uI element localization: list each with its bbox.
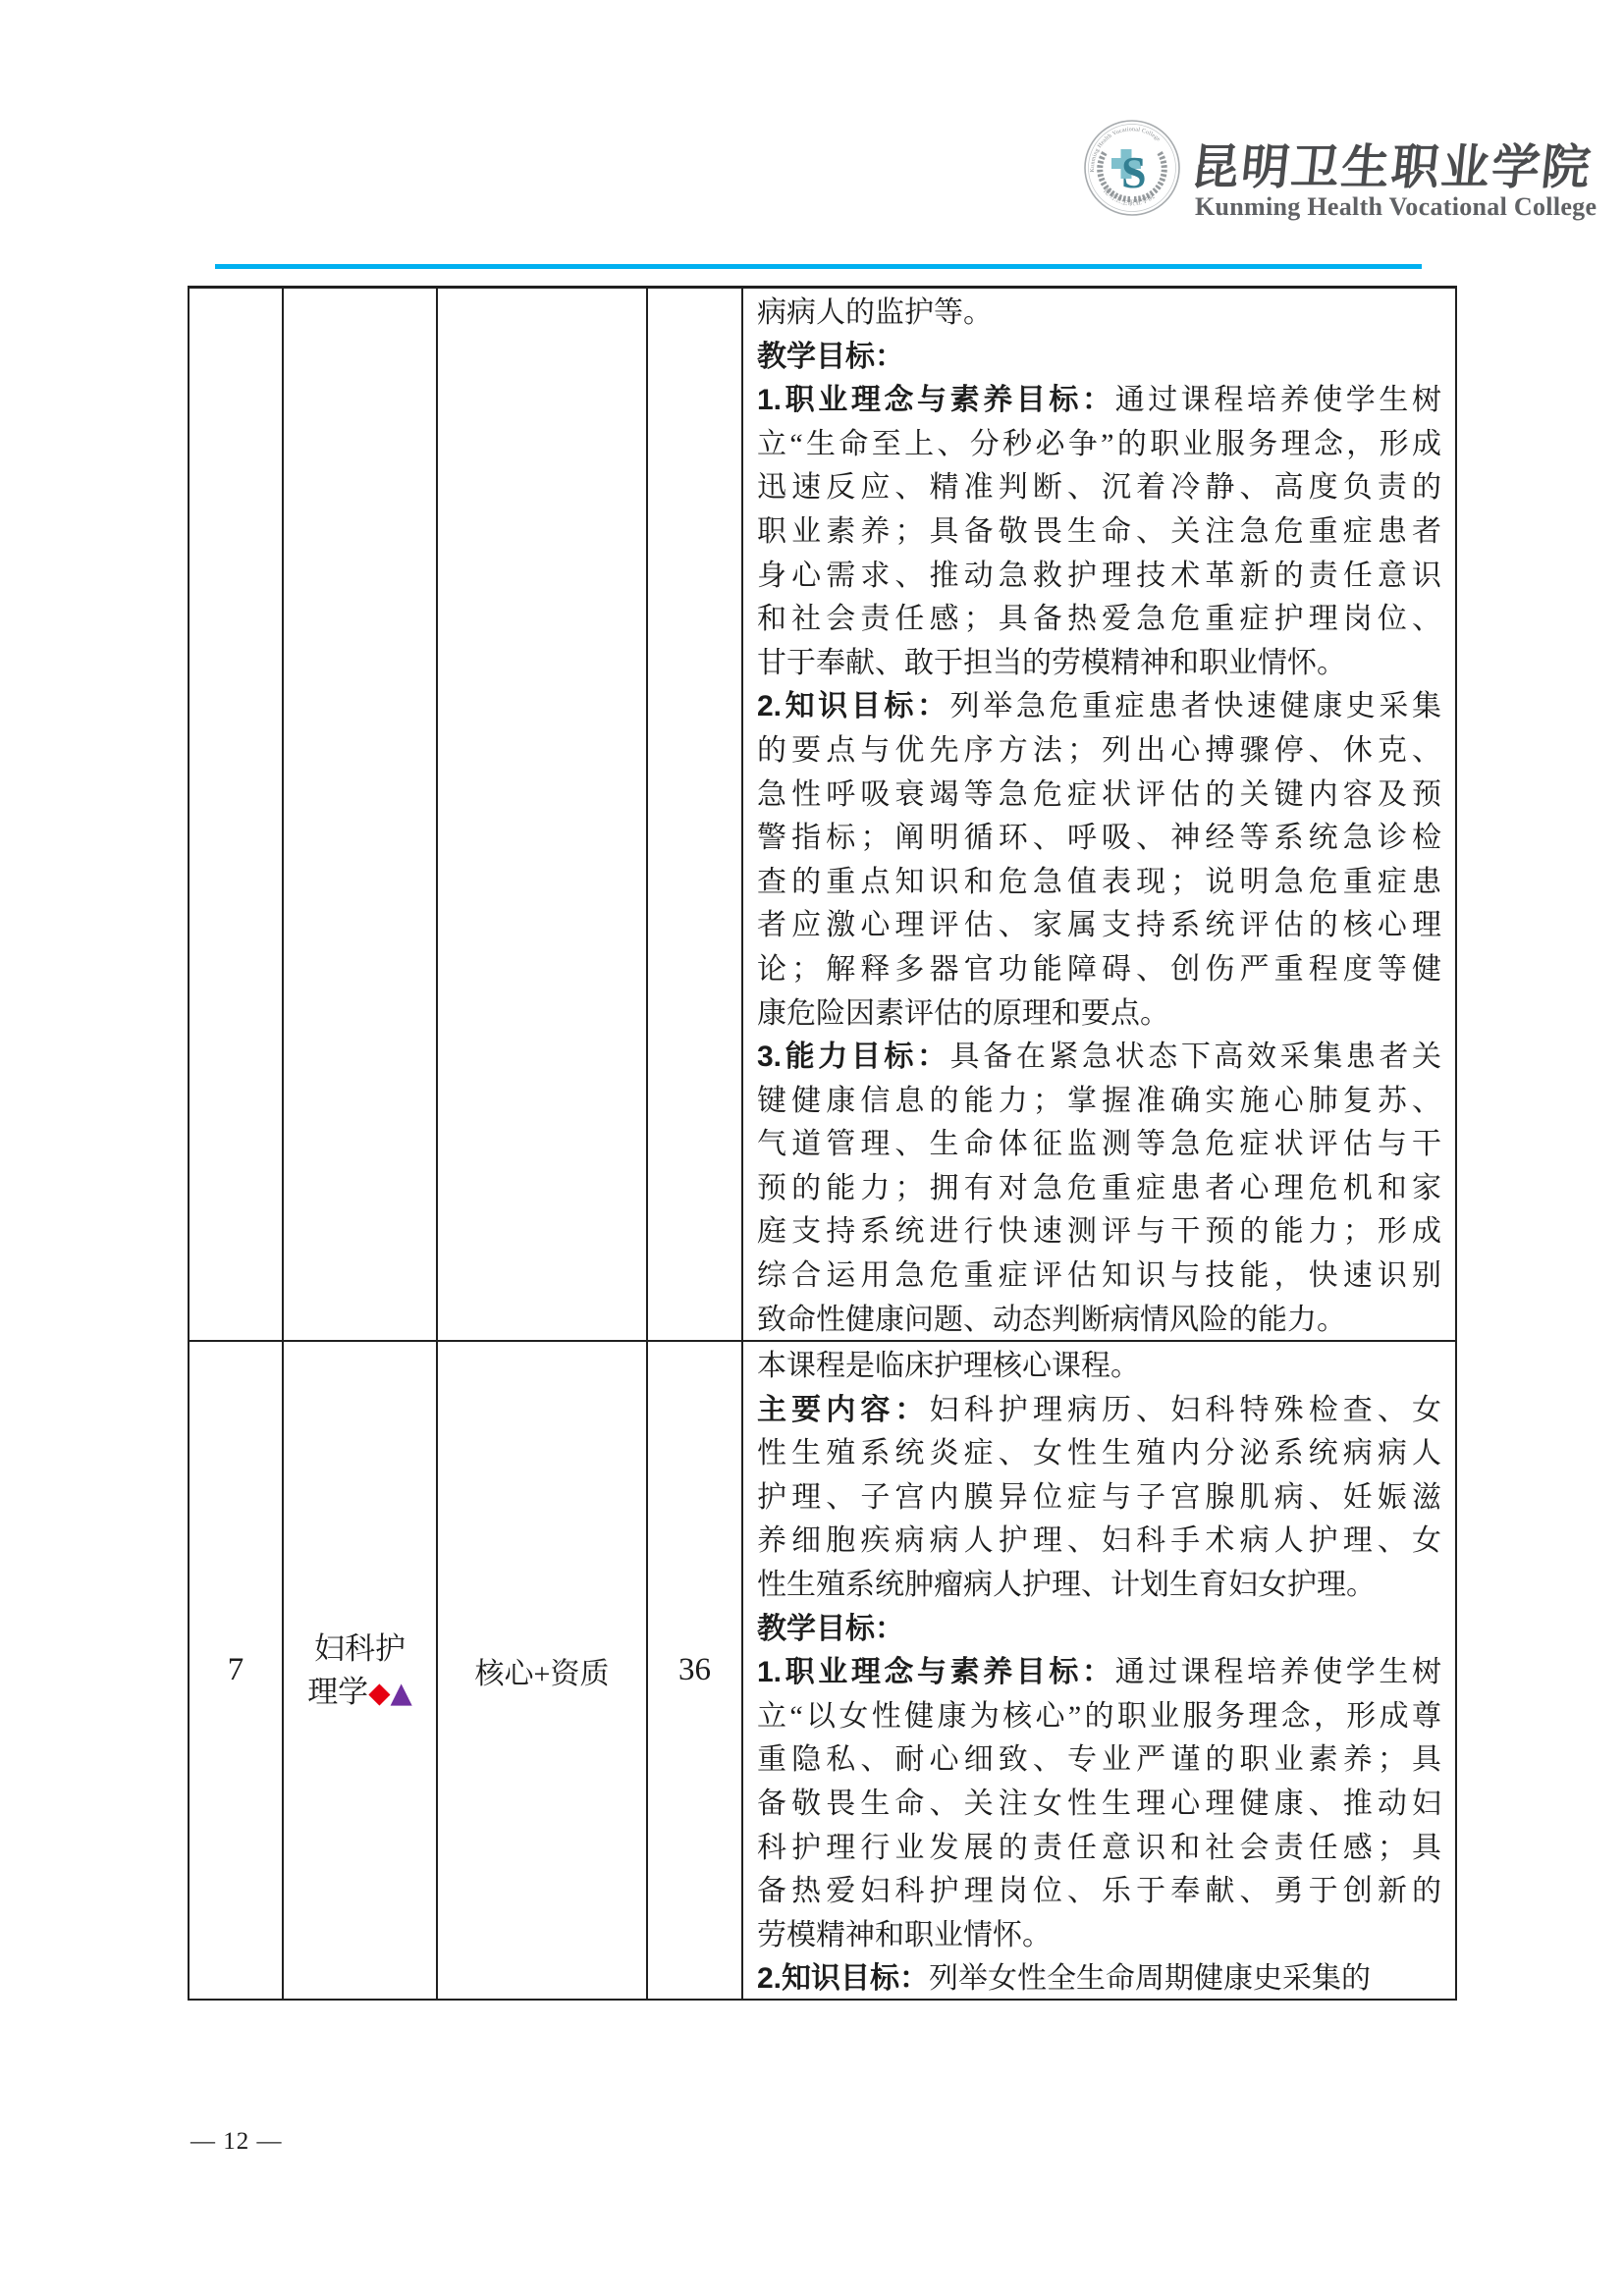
desc-line: 1.职业理念与素养目标：通过课程培养使学生树 — [757, 1651, 1441, 1695]
desc-line: 庭支持系统进行快速测评与干预的能力；形成 — [757, 1210, 1441, 1255]
page-number: — 12 — — [190, 2128, 283, 2156]
course-name-cell: 妇科护理学◆▲ — [284, 1342, 438, 1999]
desc-line: 键健康信息的能力；掌握准确实施心肺复苏、 — [757, 1080, 1441, 1124]
desc-line: 康危险因素评估的原理和要点。 — [757, 992, 1441, 1037]
desc-line: 和社会责任感；具备热爱急危重症护理岗位、 — [757, 598, 1441, 642]
desc-line: 论；解释多器官功能障碍、创伤严重程度等健 — [757, 948, 1441, 992]
desc-line: 2.知识目标：列举女性全生命周期健康史采集的 — [757, 1957, 1441, 2002]
course-desc-cell: 病病人的监护等。教学目标：1.职业理念与素养目标：通过课程培养使学生树立“生命至… — [743, 289, 1455, 1340]
course-hours-cell — [648, 289, 743, 1340]
course-type-cell — [438, 289, 648, 1340]
desc-line: 迅速反应、精准判断、沉着冷静、高度负责的 — [757, 466, 1441, 510]
desc-line: 1.职业理念与素养目标：通过课程培养使学生树 — [757, 379, 1441, 423]
desc-line: 主要内容：妇科护理病历、妇科特殊检查、女 — [757, 1389, 1441, 1433]
desc-line: 职业素养；具备敬畏生命、关注急危重症患者 — [757, 510, 1441, 555]
desc-line: 教学目标： — [757, 1608, 1441, 1652]
desc-line: 预的能力；拥有对急危重症患者心理危机和家 — [757, 1167, 1441, 1211]
course-desc-cell: 本课程是临床护理核心课程。主要内容：妇科护理病历、妇科特殊检查、女性生殖系统炎症… — [743, 1342, 1455, 1999]
college-logo: Kunming Health Vocational College S 昆明卫生… — [1083, 119, 1181, 217]
course-marker-diamond-icon: ◆ — [368, 1676, 390, 1709]
desc-line: 备敬畏生命、关注女性生理心理健康、推动妇 — [757, 1783, 1441, 1827]
course-name-cell — [284, 289, 438, 1340]
desc-line: 查的重点知识和危急值表现；说明急危重症患 — [757, 861, 1441, 905]
desc-line: 立“生命至上、分秒必争”的职业服务理念，形成 — [757, 423, 1441, 467]
desc-line: 备热爱妇科护理岗位、乐于奉献、勇于创新的 — [757, 1870, 1441, 1914]
desc-line: 性生殖系统炎症、女性生殖内分泌系统病病人 — [757, 1432, 1441, 1476]
desc-line: 身心需求、推动急救护理技术革新的责任意识 — [757, 555, 1441, 599]
college-name-en: Kunming Health Vocational College — [1195, 192, 1563, 222]
desc-line: 护理、子宫内膜异位症与子宫腺肌病、妊娠滋 — [757, 1476, 1441, 1521]
desc-line: 教学目标： — [757, 336, 1441, 380]
desc-line: 甘于奉献、敢于担当的劳模精神和职业情怀。 — [757, 642, 1441, 686]
course-number-cell — [189, 289, 284, 1340]
course-marker-triangle-icon: ▲ — [391, 1676, 412, 1709]
desc-line: 养细胞疾病病人护理、妇科手术病人护理、女 — [757, 1520, 1441, 1564]
desc-line: 的要点与优先序方法；列出心搏骤停、休克、 — [757, 729, 1441, 774]
desc-line: 3.能力目标：具备在紧急状态下高效采集患者关 — [757, 1036, 1441, 1080]
desc-line: 性生殖系统肿瘤病人护理、计划生育妇女护理。 — [757, 1564, 1441, 1608]
logo-s-dragon: S — [1121, 147, 1147, 197]
course-name-line: 理学◆▲ — [307, 1671, 412, 1714]
course-hours-cell: 36 — [648, 1342, 743, 1999]
desc-line: 本课程是临床护理核心课程。 — [757, 1345, 1441, 1389]
desc-line: 气道管理、生命体征监测等急危症状评估与干 — [757, 1123, 1441, 1167]
desc-line: 病病人的监护等。 — [757, 292, 1441, 336]
desc-line: 致命性健康问题、动态判断病情风险的能力。 — [757, 1299, 1441, 1343]
desc-line: 综合运用急危重症评估知识与技能，快速识别 — [757, 1255, 1441, 1299]
desc-line: 者应激心理评估、家属支持系统评估的核心理 — [757, 904, 1441, 948]
course-table: 病病人的监护等。教学目标：1.职业理念与素养目标：通过课程培养使学生树立“生命至… — [188, 286, 1457, 2001]
table-row: 7 妇科护理学◆▲ 核心+资质 36 本课程是临床护理核心课程。主要内容：妇科护… — [189, 1342, 1455, 1999]
desc-line: 重隐私、耐心细致、专业严谨的职业素养；具 — [757, 1738, 1441, 1783]
course-name-line: 妇科护 — [307, 1628, 412, 1671]
desc-line: 立“以女性健康为核心”的职业服务理念，形成尊 — [757, 1695, 1441, 1739]
course-name: 妇科护理学◆▲ — [307, 1628, 412, 1714]
desc-line: 2.知识目标：列举急危重症患者快速健康史采集 — [757, 685, 1441, 729]
desc-line: 警指标；阐明循环、呼吸、神经等系统急诊检 — [757, 817, 1441, 861]
course-number-cell: 7 — [189, 1342, 284, 1999]
desc-line: 科护理行业发展的责任意识和社会责任感；具 — [757, 1827, 1441, 1871]
header-divider-line — [215, 264, 1422, 269]
table-row: 病病人的监护等。教学目标：1.职业理念与素养目标：通过课程培养使学生树立“生命至… — [189, 289, 1455, 1342]
desc-line: 劳模精神和职业情怀。 — [757, 1914, 1441, 1958]
desc-line: 急性呼吸衰竭等急危症状评估的关键内容及预 — [757, 774, 1441, 818]
college-name-zh: 昆明卫生职业学院 — [1189, 130, 1564, 190]
document-page: { "header": { "college_name_zh": "昆明卫生职业… — [0, 0, 1624, 2296]
course-type-cell: 核心+资质 — [438, 1342, 648, 1999]
